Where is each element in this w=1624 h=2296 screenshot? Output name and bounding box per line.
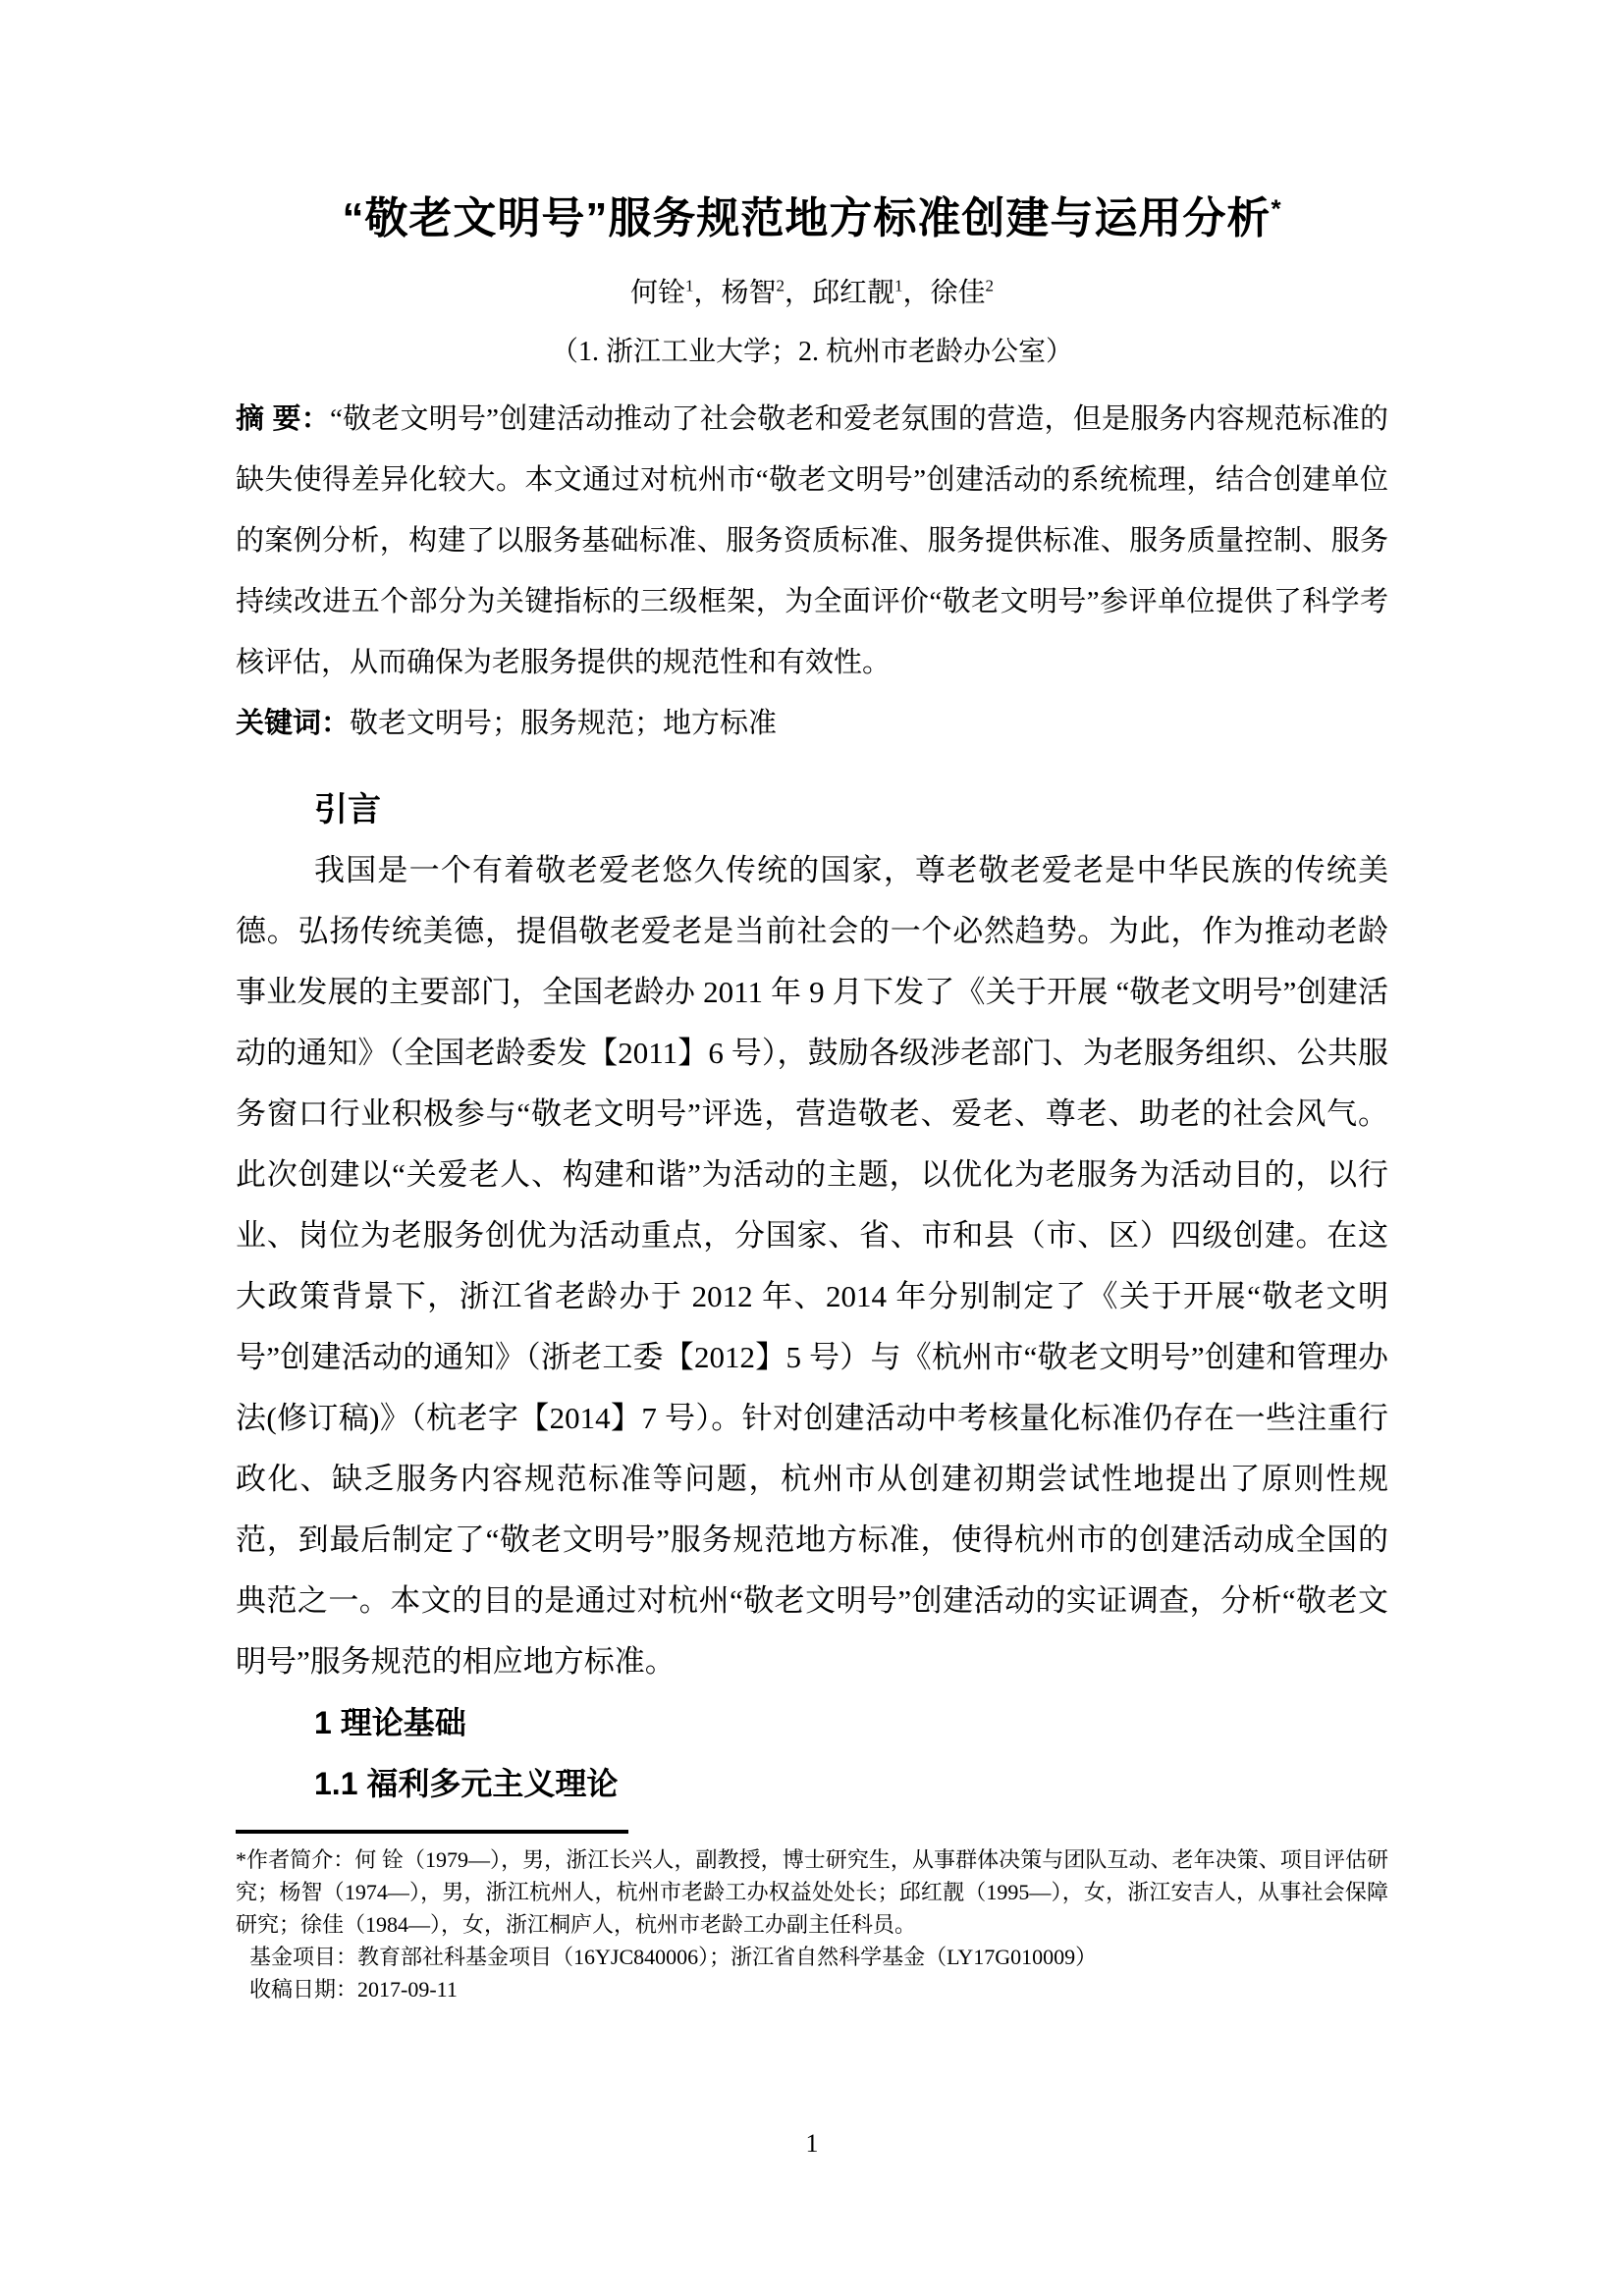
author-name: 何铨1，: [630, 278, 722, 308]
author-separator: ，: [785, 278, 812, 308]
keywords-text: 敬老文明号；服务规范；地方标准: [350, 708, 777, 739]
footnote-separator-rule: [236, 1830, 628, 1834]
author-separator: ，: [903, 278, 931, 308]
footnote-funding: 基金项目：教育部社科基金项目（16YJC840006）；浙江省自然科学基金（LY…: [236, 1941, 1388, 1973]
author-affiliation-superscript: 2: [776, 277, 785, 295]
paper-title-text: “敬老文明号”服务规范地方标准创建与运用分析: [342, 194, 1271, 242]
title-footnote-marker: *: [1271, 193, 1281, 223]
keywords-block: 关键词：敬老文明号；服务规范；地方标准: [236, 693, 1388, 754]
author-name: 杨智2，: [721, 278, 812, 308]
author-name: 邱红靓1，: [812, 278, 931, 308]
author-line: 何铨1，杨智2，邱红靓1，徐佳2: [236, 273, 1388, 314]
section-heading-intro: 引言: [236, 779, 1388, 840]
section-heading-1: 1 理论基础: [236, 1692, 1388, 1753]
footnote-received-date: 收稿日期：2017-09-11: [236, 1973, 1388, 2005]
footnotes-block: *作者简介：何 铨（1979—），男，浙江长兴人，副教授，博士研究生，从事群体决…: [236, 1843, 1388, 2005]
author-affiliation-superscript: 1: [894, 277, 903, 295]
author-name: 徐佳2: [931, 278, 995, 308]
author-affiliation-superscript: 2: [986, 277, 995, 295]
intro-paragraph: 我国是一个有着敬老爱老悠久传统的国家，尊老敬老爱老是中华民族的传统美德。弘扬传统…: [236, 840, 1388, 1692]
footnote-author-bio: *作者简介：何 铨（1979—），男，浙江长兴人，副教授，博士研究生，从事群体决…: [236, 1843, 1388, 1941]
page-number: 1: [0, 2129, 1624, 2159]
abstract-text: “敬老文明号”创建活动推动了社会敬老和爱老氛围的营造，但是服务内容规范标准的缺失…: [236, 403, 1388, 678]
document-page: “敬老文明号”服务规范地方标准创建与运用分析* 何铨1，杨智2，邱红靓1，徐佳2…: [0, 0, 1624, 2296]
keywords-label: 关键词：: [236, 708, 350, 739]
abstract-block: 摘 要：“敬老文明号”创建活动推动了社会敬老和爱老氛围的营造，但是服务内容规范标…: [236, 389, 1388, 693]
abstract-label: 摘 要：: [236, 403, 330, 435]
author-separator: ，: [693, 278, 721, 308]
section-heading-1-1: 1.1 福利多元主义理论: [236, 1753, 1388, 1814]
paper-title: “敬老文明号”服务规范地方标准创建与运用分析*: [236, 188, 1388, 249]
affiliation-line: （1. 浙江工业大学；2. 杭州市老龄办公室）: [236, 332, 1388, 373]
